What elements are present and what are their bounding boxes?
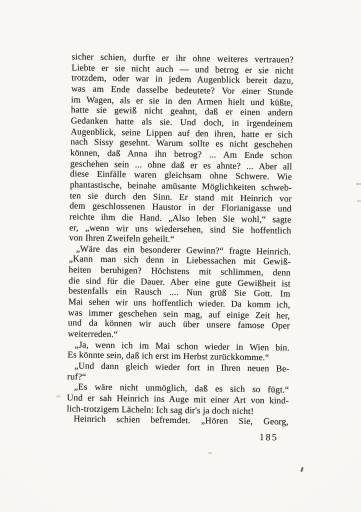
scan-speck bbox=[56, 395, 61, 398]
text-block: sicher schien, durfte er ihr ohne weiter… bbox=[66, 51, 293, 446]
book-page-scan: sicher schien, durfte er ihr ohne weiter… bbox=[0, 0, 361, 512]
scan-edge-artifact bbox=[357, 200, 361, 202]
scan-speck bbox=[208, 452, 212, 454]
scan-speck bbox=[300, 467, 303, 472]
text-line: Heinrich schien befremdet. „Hören Sie, G… bbox=[67, 414, 289, 428]
page-number: 185 bbox=[259, 433, 278, 444]
scan-edge-artifact bbox=[356, 183, 361, 185]
